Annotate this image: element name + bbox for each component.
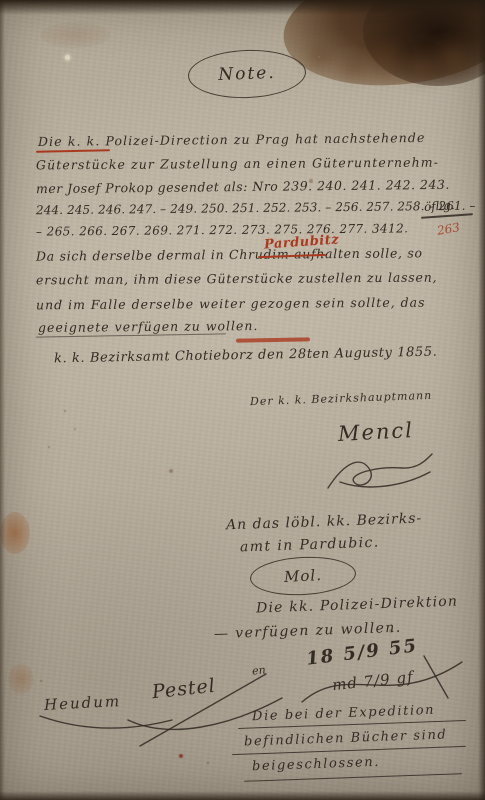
address-line: An das löbl. kk. Bezirks-	[226, 511, 423, 534]
paragraph1-line: Die k. k. Polizei-Direction zu Prag hat …	[38, 130, 426, 149]
oval-mark-text: Mol.	[284, 566, 323, 586]
title-text: Note.	[218, 63, 276, 85]
red-margin-number: 263	[436, 220, 461, 238]
signature-name: Mencl	[337, 418, 414, 446]
photo-edge-bottom	[0, 791, 485, 800]
paragraph2-line: und im Falle derselbe weiter gezogen sei…	[36, 295, 426, 313]
paragraph1-line: mer Josef Prokop gesendet als: Nro 239. …	[36, 177, 450, 196]
signature-flourish	[318, 448, 438, 496]
closing-line: beigeschlossen.	[252, 755, 380, 774]
dateline: k. k. Bezirksamt Chotieborz den 28ten Au…	[54, 345, 438, 367]
ink-underline	[244, 773, 462, 782]
photo-edge-top	[0, 0, 485, 15]
document-photo: Note. Die k. k. Polizei-Direction zu Pra…	[0, 0, 485, 800]
photo-edge-right	[478, 0, 485, 800]
red-underline	[36, 149, 110, 153]
directive-line: — verfügen zu wollen.	[214, 620, 402, 643]
signoff-line: Der k. k. Bezirkshauptmann	[250, 389, 433, 408]
p2-line1-pre: Da sich derselbe dermal in	[36, 247, 229, 264]
directive-line: Die kk. Polizei-Direktion	[256, 593, 459, 616]
paragraph2-line: ersucht man, ihm diese Güterstücke zuste…	[36, 270, 437, 288]
paper-fleck	[65, 55, 70, 60]
title-oval: Note.	[187, 48, 307, 100]
oval-mark: Mol.	[249, 554, 357, 597]
paragraph1-line: Güterstücke zur Zustellung an einen Güte…	[36, 155, 439, 173]
age-stain-edge	[318, 56, 320, 58]
ink-underline	[421, 213, 473, 218]
paragraph1-tail-word: öflig.	[424, 198, 455, 214]
address-line: amt in Pardubic.	[240, 535, 380, 556]
red-dash-mark	[236, 337, 310, 342]
smudge-top-left	[40, 22, 110, 48]
photo-edge-left	[0, 0, 5, 800]
paper-sheet: Note. Die k. k. Polizei-Direction zu Pra…	[0, 0, 485, 800]
faint-spot-left	[8, 664, 34, 694]
paragraph1-line: – 265. 266. 267. 269. 271. 272. 273. 275…	[36, 221, 408, 238]
paragraph1-line: 244. 245. 246. 247. – 249. 250. 251. 252…	[36, 199, 476, 218]
p2-line1-struck: Chrudim	[229, 246, 290, 262]
expedit-right-flourish	[296, 652, 476, 710]
paragraph2-line: Da sich derselbe dermal in Chrudim aufha…	[36, 245, 423, 263]
